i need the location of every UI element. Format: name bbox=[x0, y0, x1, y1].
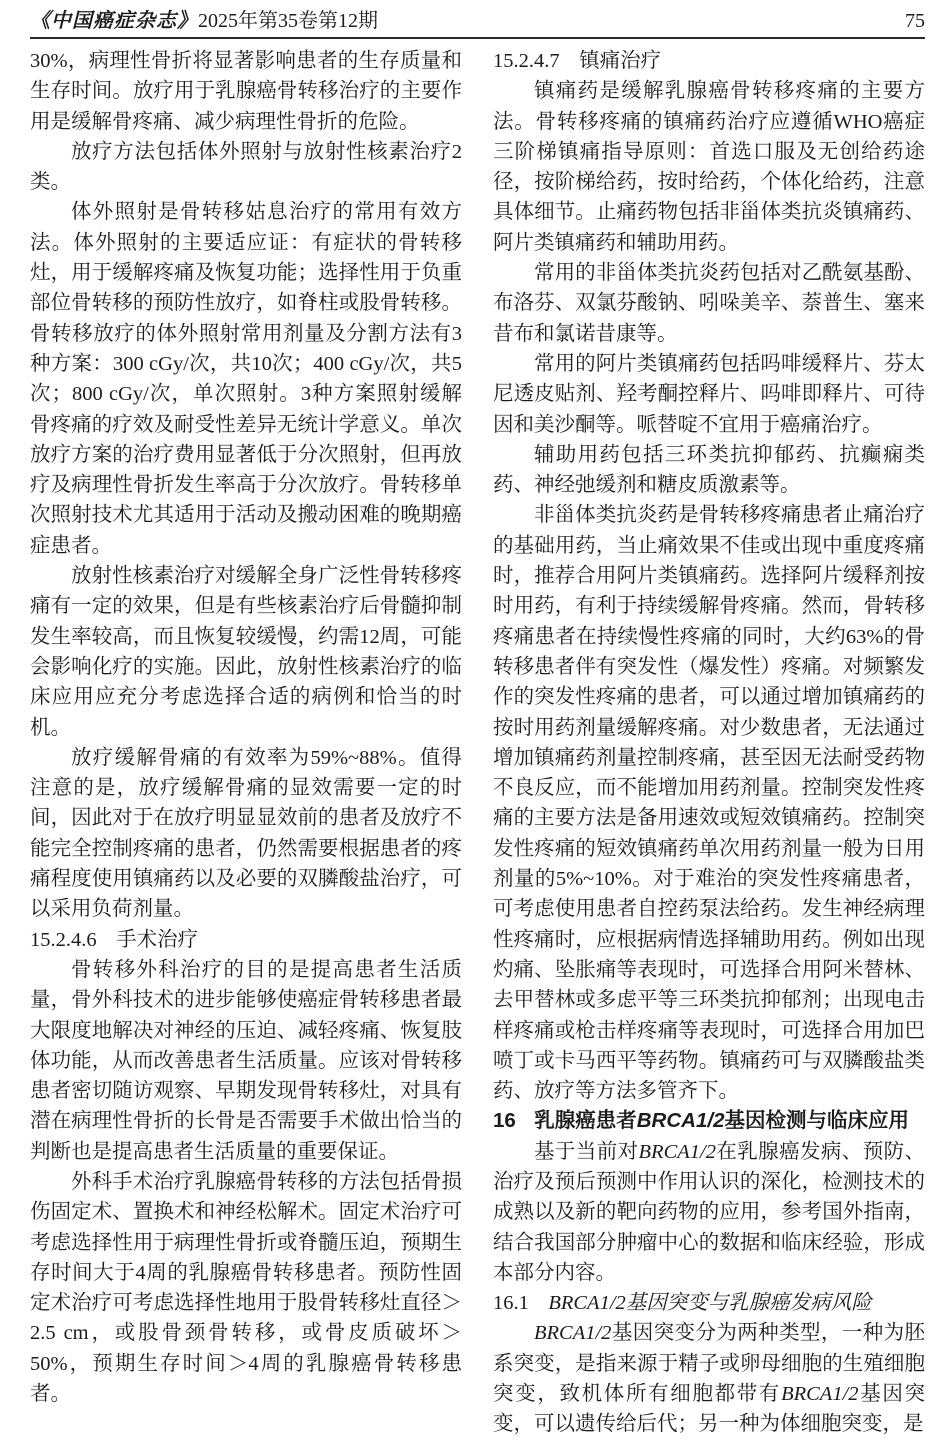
article-body: 30%，病理性骨折将显著影响患者的生存质量和生存时间。放疗用于乳腺癌骨转移治疗的… bbox=[30, 46, 925, 1440]
section-heading: 15.2.4.7镇痛治疗 bbox=[493, 46, 925, 76]
paragraph: 放疗方法包括体外照射与放射性核素治疗2类。 bbox=[30, 137, 462, 198]
paragraph: 基于当前对BRCA1/2在乳腺癌发病、预防、治疗及预后预测中作用认识的深化，检测… bbox=[493, 1137, 925, 1288]
paragraph: 常用的阿片类镇痛药包括吗啡缓释片、芬太尼透皮贴剂、羟考酮控释片、吗啡即释片、可待… bbox=[493, 349, 925, 440]
section-heading: 15.2.4.6手术治疗 bbox=[30, 925, 462, 955]
gene-name: BRCA1/2 bbox=[637, 1109, 725, 1132]
paragraph: 30%，病理性骨折将显著影响患者的生存质量和生存时间。放疗用于乳腺癌骨转移治疗的… bbox=[30, 46, 462, 137]
paragraph: 辅助用药包括三环类抗抑郁药、抗癫痫类药、神经弛缓剂和糖皮质激素等。 bbox=[493, 440, 925, 501]
page-number: 75 bbox=[905, 8, 925, 34]
section-title: BRCA1/2基因突变与乳腺癌发病风险 bbox=[548, 1292, 871, 1314]
header-divider bbox=[30, 37, 925, 39]
section-heading: 16乳腺癌患者BRCA1/2基因检测与临床应用 bbox=[493, 1106, 925, 1136]
paragraph: 放射性核素治疗对缓解全身广泛性骨转移疼痛有一定的效果，但是有些核素治疗后骨髓抑制… bbox=[30, 561, 462, 743]
paragraph: 骨转移外科治疗的目的是提高患者生活质量，骨外科技术的进步能够使癌症骨转移患者最大… bbox=[30, 955, 462, 1167]
section-number: 15.2.4.6 bbox=[30, 929, 97, 951]
left-column: 30%，病理性骨折将显著影响患者的生存质量和生存时间。放疗用于乳腺癌骨转移治疗的… bbox=[30, 46, 462, 1440]
section-number: 16 bbox=[493, 1109, 516, 1132]
paragraph: 放疗缓解骨痛的有效率为59%~88%。值得注意的是，放疗缓解骨痛的显效需要一定的… bbox=[30, 743, 462, 925]
paragraph: 外科手术治疗乳腺癌骨转移的方法包括骨损伤固定术、置换术和神经松解术。固定术治疗可… bbox=[30, 1167, 462, 1409]
paragraph: 体外照射是骨转移姑息治疗的常用有效方法。体外照射的主要适应证：有症状的骨转移灶，… bbox=[30, 197, 462, 561]
paragraph: 非甾体类抗炎药是骨转移疼痛患者止痛治疗的基础用药，当止痛效果不佳或出现中重度疼痛… bbox=[493, 500, 925, 1106]
gene-name: BRCA1/2 bbox=[548, 1292, 625, 1314]
gene-name: BRCA1/2 bbox=[639, 1141, 716, 1163]
gene-name: BRCA1/2 bbox=[781, 1383, 858, 1405]
section-heading: 16.1BRCA1/2基因突变与乳腺癌发病风险 bbox=[493, 1288, 925, 1318]
right-column: 15.2.4.7镇痛治疗镇痛药是缓解乳腺癌骨转移疼痛的主要方法。骨转移疼痛的镇痛… bbox=[493, 46, 925, 1440]
section-number: 16.1 bbox=[493, 1292, 529, 1314]
page-header: 《中国癌症杂志》2025年第35卷第12期 75 bbox=[30, 8, 925, 34]
section-number: 15.2.4.7 bbox=[493, 50, 560, 72]
section-title: 乳腺癌患者BRCA1/2基因检测与临床应用 bbox=[534, 1109, 909, 1132]
paragraph: 常用的非甾体类抗炎药包括对乙酰氨基酚、布洛芬、双氯芬酸钠、吲哚美辛、萘普生、塞来… bbox=[493, 258, 925, 349]
header-left: 《中国癌症杂志》2025年第35卷第12期 bbox=[30, 8, 378, 34]
issue-info: 2025年第35卷第12期 bbox=[198, 10, 378, 32]
section-title: 镇痛治疗 bbox=[579, 50, 661, 72]
paragraph: 镇痛药是缓解乳腺癌骨转移疼痛的主要方法。骨转移疼痛的镇痛药治疗应遵循WHO癌症三… bbox=[493, 76, 925, 258]
gene-name: BRCA1/2 bbox=[534, 1322, 611, 1344]
paragraph: BRCA1/2基因突变分为两种类型，一种为胚系突变，是指来源于精子或卵母细胞的生… bbox=[493, 1318, 925, 1439]
journal-page: 《中国癌症杂志》2025年第35卷第12期 75 30%，病理性骨折将显著影响患… bbox=[0, 0, 950, 1448]
journal-title: 《中国癌症杂志》 bbox=[30, 10, 198, 32]
section-title: 手术治疗 bbox=[116, 929, 198, 951]
